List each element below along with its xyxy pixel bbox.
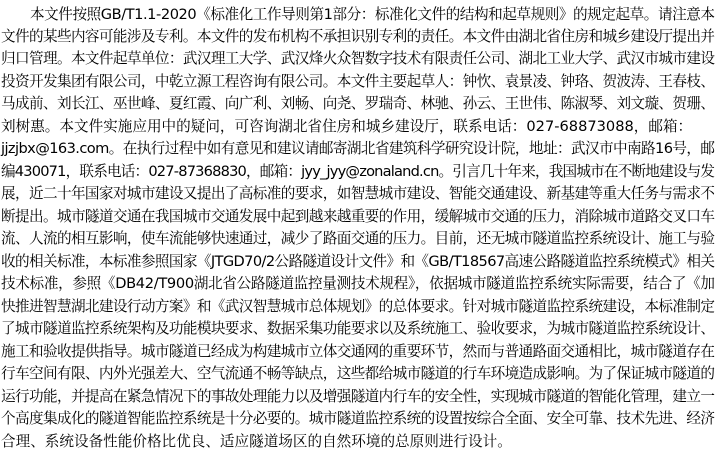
paragraph-line-13: 技术标准，参照《DB42/T900湖北省公路隧道监控量测技术规程》，依据城市隧道… (1, 273, 715, 294)
paragraph-line-11: 流、人流的相互影响，使车流能够快速通过，减少了路面交通的压力。目前，还无城市隧道… (1, 228, 715, 249)
paragraph-line-4: 投资开发集团有限公司，中乾立源工程咨询有限公司。本文件主要起草人：钟忺、袁景凌、… (1, 71, 715, 92)
paragraph-line-10: 断提出。城市隧道交通在我国城市交通发展中起到越来越重要的作用，缓解城市交通的压力… (1, 206, 715, 227)
paragraph-line-19: 个高度集成化的隧道智能监控系统是十分必要的。城市隧道监控系统的设置按综合全面、安… (1, 408, 715, 429)
paragraph-line-17: 行车空间有限、内外光强差大、空气流通不畅等缺点，这些都给城市隧道的行车环境造成影… (1, 363, 715, 384)
paragraph-line-8: 编430071，联系电话：027-87368830，邮箱：jyy_jyy@zon… (1, 161, 715, 182)
paragraph-line-20: 合理、系统设备性能价格比优良、适应隧道场区的自然环境的总原则进行设计。 (1, 431, 715, 452)
document-body: 本文件按照GB/T1.1-2020《标准化工作导则第1部分：标准化文件的结构和起… (0, 0, 718, 458)
paragraph-line-18: 运行功能，并提高在紧急情况下的事故处理能力以及增强隧道内行车的安全性，实现城市隧… (1, 386, 715, 407)
paragraph-line-3: 归口管理。本文件起草单位：武汉理工大学、武汉烽火众智数字技术有限责任公司、湖北工… (1, 48, 715, 69)
paragraph-line-7: jjzjbx@163.com。在执行过程中如有意见和建议请邮寄湖北省建筑科学研究… (1, 138, 715, 159)
paragraph-line-16: 施工和验收提供指导。城市隧道已经成为构建城市立体交通网的重要环节，然而与普通路面… (1, 341, 715, 362)
paragraph-line-2: 文件的某些内容可能涉及专利。本文件的发布机构不承担识别专利的责任。本文件由湖北省… (1, 26, 715, 47)
paragraph-line-5: 马成前、刘长江、巫世峰、夏红霞、向广利、刘畅、向尧、罗瑞奇、林驰、孙云、王世伟、… (1, 93, 715, 114)
paragraph-line-1: 本文件按照GB/T1.1-2020《标准化工作导则第1部分：标准化文件的结构和起… (30, 4, 715, 25)
paragraph-line-6: 刘树惠。本文件实施应用中的疑问，可咨询湖北省住房和城乡建设厅，联系电话：027-… (1, 116, 715, 137)
paragraph-line-15: 了城市隧道监控系统架构及功能模块要求、数据采集功能要求以及系统施工、验收要求，为… (1, 318, 715, 339)
paragraph-line-12: 收的相关标准，本标准参照国家《JTGD70/2公路隧道设计文件》和《GB/T18… (1, 251, 715, 272)
paragraph-line-9: 展，近二十年国家对城市建设又提出了高标准的要求，如智慧城市建设、智能交通建设、新… (1, 183, 715, 204)
paragraph-line-14: 快推进智慧湖北建设行动方案》和《武汉智慧城市总体规划》的总体要求。针对城市隧道监… (1, 296, 715, 317)
